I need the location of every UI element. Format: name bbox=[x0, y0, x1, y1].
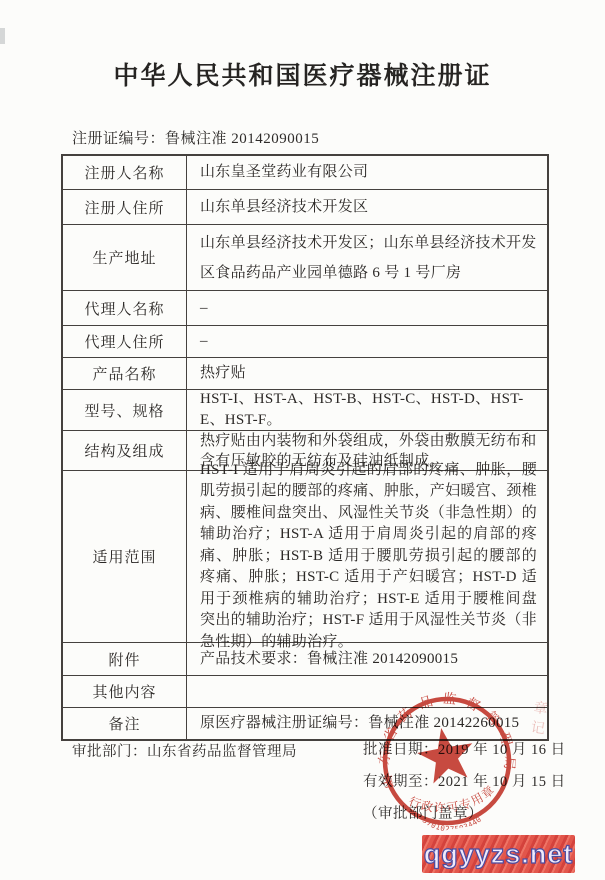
row-value: 山东单县经济技术开发区；山东单县经济技术开发区食品药品产业园单德路 6 号 1 … bbox=[187, 225, 547, 290]
table-row: 附件 产品技术要求：鲁械注准 20142090015 bbox=[63, 642, 547, 675]
table-row: 其他内容 bbox=[63, 675, 547, 707]
row-label: 代理人住所 bbox=[63, 326, 187, 357]
row-value: 山东单县经济技术开发区 bbox=[187, 190, 547, 224]
row-value: – bbox=[187, 291, 547, 325]
table-row: 适用范围 HST-I 适用于肩周炎引起的肩部的疼痛、肿胀，腰肌劳损引起的腰部的疼… bbox=[63, 470, 547, 642]
row-label: 结构及组成 bbox=[63, 431, 187, 470]
row-value: HST-I、HST-A、HST-B、HST-C、HST-D、HST-E、HST-… bbox=[187, 390, 547, 430]
table-row: 代理人名称 – bbox=[63, 290, 547, 325]
row-label: 注册人住所 bbox=[63, 190, 187, 224]
scan-artifact bbox=[0, 28, 5, 44]
row-value: 山东皇圣堂药业有限公司 bbox=[187, 156, 547, 189]
row-label: 备注 bbox=[63, 708, 187, 739]
watermark-badge: qgyyzs.net bbox=[422, 835, 575, 873]
approval-date: 批准日期：2019 年 10 月 16 日 bbox=[363, 738, 566, 759]
table-row: 型号、规格 HST-I、HST-A、HST-B、HST-C、HST-D、HST-… bbox=[63, 389, 547, 430]
table-row: 注册人住所 山东单县经济技术开发区 bbox=[63, 189, 547, 224]
row-value: 热疗贴 bbox=[187, 358, 547, 389]
seal-note: （审批部门盖章） bbox=[363, 802, 566, 823]
table-row: 生产地址 山东单县经济技术开发区；山东单县经济技术开发区食品药品产业园单德路 6… bbox=[63, 224, 547, 290]
row-label: 注册人名称 bbox=[63, 156, 187, 189]
row-label: 代理人名称 bbox=[63, 291, 187, 325]
table-row: 备注 原医疗器械注册证编号：鲁械注准 20142260015 bbox=[63, 707, 547, 739]
approval-department: 审批部门：山东省药品监督管理局 bbox=[72, 740, 297, 761]
row-label: 型号、规格 bbox=[63, 390, 187, 430]
page-title: 中华人民共和国医疗器械注册证 bbox=[0, 56, 605, 92]
row-label: 生产地址 bbox=[63, 225, 187, 290]
row-label: 适用范围 bbox=[63, 471, 187, 642]
table-row: 注册人名称 山东皇圣堂药业有限公司 bbox=[63, 156, 547, 189]
row-value: 产品技术要求：鲁械注准 20142090015 bbox=[187, 643, 547, 675]
table-row: 产品名称 热疗贴 bbox=[63, 357, 547, 389]
certificate-page: 中华人民共和国医疗器械注册证 注册证编号：鲁械注准 20142090015 注册… bbox=[0, 0, 605, 880]
footer-dates: 批准日期：2019 年 10 月 16 日 有效期至：2021 年 10 月 1… bbox=[363, 738, 566, 834]
row-value: HST-I 适用于肩周炎引起的肩部的疼痛、肿胀，腰肌劳损引起的腰部的疼痛、肿胀，… bbox=[187, 471, 547, 642]
row-value: 原医疗器械注册证编号：鲁械注准 20142260015 bbox=[187, 708, 547, 739]
watermark-text: qgyyzs.net bbox=[424, 839, 574, 870]
row-label: 产品名称 bbox=[63, 358, 187, 389]
registration-number: 注册证编号：鲁械注准 20142090015 bbox=[72, 127, 319, 148]
table-row: 代理人住所 – bbox=[63, 325, 547, 357]
row-value: – bbox=[187, 326, 547, 357]
row-label: 其他内容 bbox=[63, 676, 187, 707]
valid-until: 有效期至：2021 年 10 月 15 日 bbox=[363, 770, 566, 791]
row-label: 附件 bbox=[63, 643, 187, 675]
certificate-table: 注册人名称 山东皇圣堂药业有限公司 注册人住所 山东单县经济技术开发区 生产地址… bbox=[61, 154, 549, 741]
row-value bbox=[187, 676, 547, 707]
